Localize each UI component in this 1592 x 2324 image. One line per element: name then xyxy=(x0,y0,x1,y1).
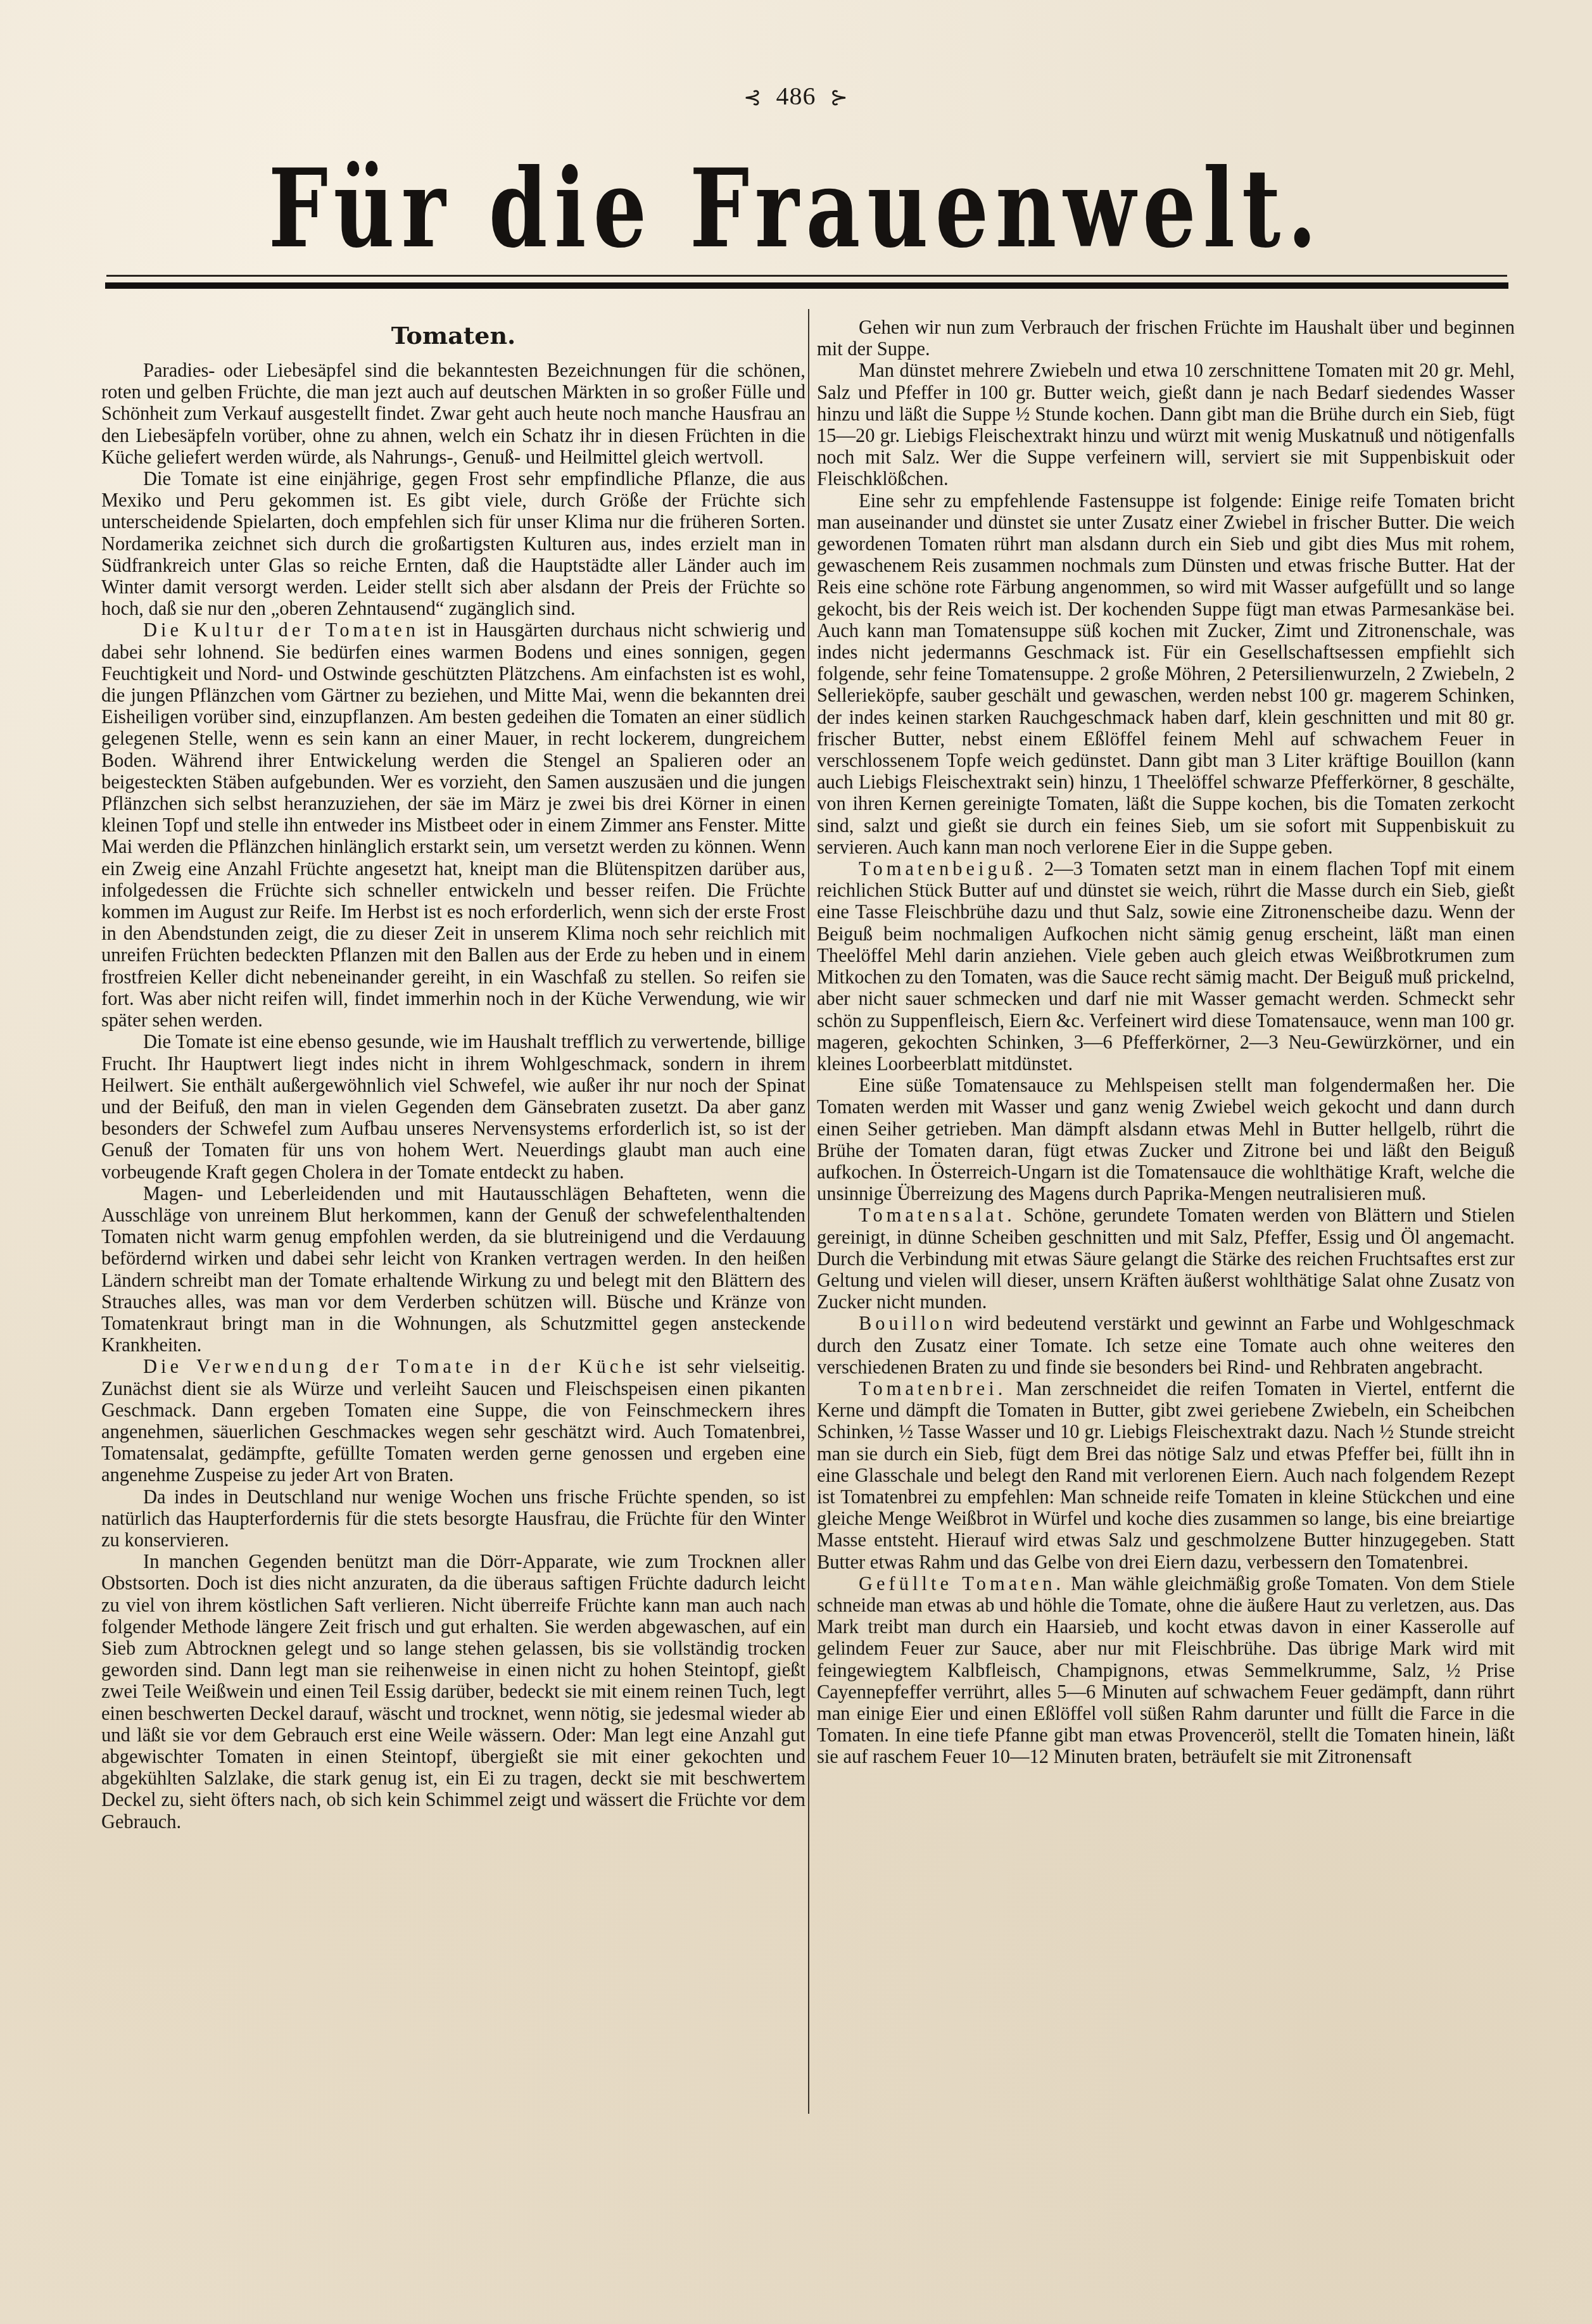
paragraph: Gefüllte Tomaten. Man wähle gleichmäßig … xyxy=(817,1573,1515,1768)
paragraph: Paradies- oder Liebesäpfel sind die beka… xyxy=(101,360,805,468)
paragraph-lead: Tomatenbeiguß. xyxy=(859,858,1037,880)
paragraph-text: Eine süße Tomatensauce zu Mehlspeisen st… xyxy=(817,1075,1515,1204)
paragraph-lead: Bouillon xyxy=(859,1313,957,1334)
paragraph: Eine süße Tomatensauce zu Mehlspeisen st… xyxy=(817,1075,1515,1204)
ornament-right-icon: ⊱ xyxy=(830,86,849,110)
paragraph: Tomatenbrei. Man zerschneidet die reifen… xyxy=(817,1378,1515,1573)
paragraph: Magen- und Leberleidenden und mit Hautau… xyxy=(101,1183,805,1356)
paragraph-text: Man dünstet mehrere Zwiebeln und etwa 10… xyxy=(817,360,1515,489)
column-divider xyxy=(808,309,809,2114)
paragraph: Eine sehr zu empfehlende Fastensuppe ist… xyxy=(817,490,1515,858)
paragraph-text: Da indes in Deutschland nur wenige Woche… xyxy=(101,1486,805,1551)
header-rule-thin xyxy=(106,275,1507,277)
paragraph-text: Magen- und Leberleidenden und mit Hautau… xyxy=(101,1183,805,1356)
paragraph: Tomatenbeiguß. 2—3 Tomaten setzt man in … xyxy=(817,858,1515,1075)
paragraph: Tomatensalat. Schöne, gerundete Tomaten … xyxy=(817,1204,1515,1313)
paragraph-text: Die Tomate ist eine einjährige, gegen Fr… xyxy=(101,468,805,619)
paragraph-lead: Tomatenbrei. xyxy=(859,1378,1006,1399)
paragraph: Die Kultur der Tomaten ist in Hausgärten… xyxy=(101,619,805,1031)
paragraph: Die Tomate ist eine einjährige, gegen Fr… xyxy=(101,468,805,619)
paragraph-text: In manchen Gegenden benützt man die Dörr… xyxy=(101,1551,805,1832)
paragraph-text: Man zerschneidet die reifen Tomaten in V… xyxy=(817,1378,1515,1573)
paragraph-lead: Tomatensalat. xyxy=(859,1204,1016,1226)
page-number-value: 486 xyxy=(776,82,816,110)
masthead-title: Für die Frauenwelt. xyxy=(175,142,1417,275)
paragraph: Man dünstet mehrere Zwiebeln und etwa 10… xyxy=(817,360,1515,489)
paragraph: Da indes in Deutschland nur wenige Woche… xyxy=(101,1486,805,1551)
paragraph-lead: Die Verwendung der Tomate in der Küche xyxy=(143,1356,648,1377)
paragraph-text: ist in Hausgärten durchaus nicht schwier… xyxy=(101,619,805,1031)
page-number: ⊰486⊱ xyxy=(0,81,1592,111)
paragraph-text: Paradies- oder Liebesäpfel sind die beka… xyxy=(101,360,805,468)
article-title: Tomaten. xyxy=(101,317,805,355)
left-column: Tomaten. Paradies- oder Liebesäpfel sind… xyxy=(101,317,805,1833)
paragraph-lead: Gefüllte Tomaten. xyxy=(859,1573,1064,1595)
right-column: Gehen wir nun zum Verbrauch der frischen… xyxy=(817,317,1515,1768)
paragraph-text: Die Tomate ist eine ebenso gesunde, wie … xyxy=(101,1031,805,1182)
header-rule-thick xyxy=(105,282,1508,289)
paragraph: Die Verwendung der Tomate in der Küche i… xyxy=(101,1356,805,1486)
paragraph: Die Tomate ist eine ebenso gesunde, wie … xyxy=(101,1031,805,1182)
paragraph-lead: Die Kultur der Tomaten xyxy=(143,619,419,641)
paragraph-text: Gehen wir nun zum Verbrauch der frischen… xyxy=(817,317,1515,360)
paragraph-text: Man wähle gleichmäßig große Tomaten. Von… xyxy=(817,1573,1515,1768)
ornament-left-icon: ⊰ xyxy=(743,86,762,110)
paragraph-text: Eine sehr zu empfehlende Fastensuppe ist… xyxy=(817,490,1515,858)
paragraph: Bouillon wird bedeutend verstärkt und ge… xyxy=(817,1313,1515,1378)
paragraph: Gehen wir nun zum Verbrauch der frischen… xyxy=(817,317,1515,360)
paragraph-text: 2—3 Tomaten setzt man in einem flachen T… xyxy=(817,858,1515,1075)
paragraph: In manchen Gegenden benützt man die Dörr… xyxy=(101,1551,805,1833)
